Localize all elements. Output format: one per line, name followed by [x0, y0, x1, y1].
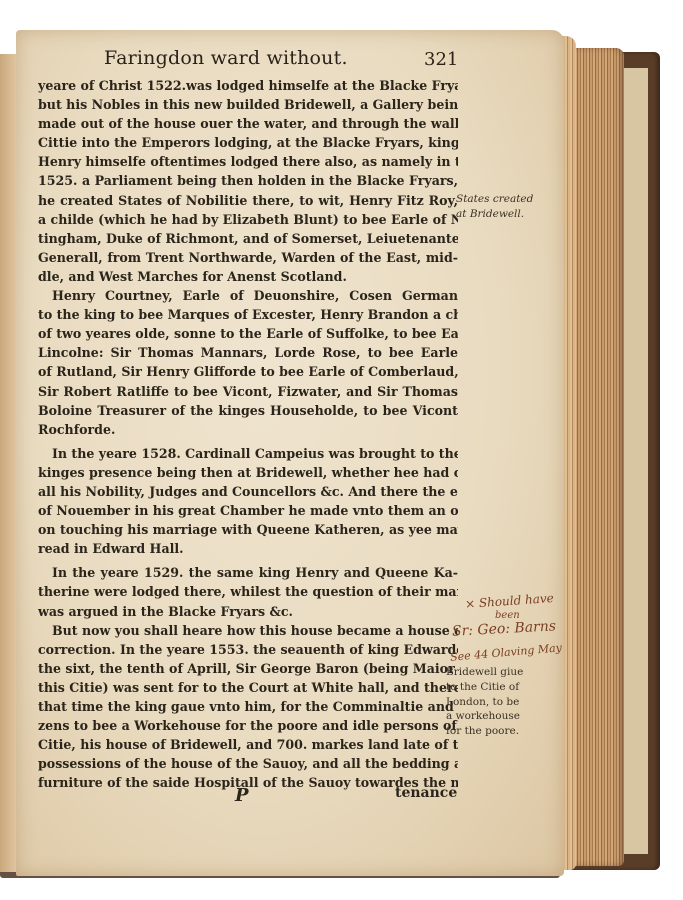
text-line: of two yeares olde, sonne to the Earle o…	[38, 324, 458, 343]
text-line: Citie, his house of Bridewell, and 700. …	[38, 735, 458, 754]
text-line: made out of the house ouer the water, an…	[38, 114, 458, 133]
marginal-note-bridewell: Bridewell giue to the Citie of London, t…	[446, 665, 523, 739]
page-number: 321	[424, 49, 458, 70]
text-line: to the king to bee Marques of Excester, …	[38, 305, 458, 324]
paragraph-start: Henry Courtney, Earle of Deuonshire, Cos…	[38, 286, 458, 305]
text-line: but his Nobles in this new builded Bride…	[38, 95, 458, 114]
body-text: yeare of Christ 1522.was lodged himselfe…	[38, 76, 458, 792]
book-fore-edge	[572, 48, 624, 866]
text-line: Sir Robert Ratliffe to bee Vicont, Fizwa…	[38, 382, 458, 401]
text-line: of Rutland, Sir Henry Glifforde to bee E…	[38, 362, 458, 381]
text-line: Rochforde.	[38, 420, 458, 439]
marginal-note-line: Bridewell giue	[446, 665, 523, 680]
text-line: possessions of the house of the Sauoy, a…	[38, 754, 458, 773]
text-line: he created States of Nobilitie there, to…	[38, 191, 458, 210]
marginal-note-line: States created	[456, 192, 533, 207]
text-line: was argued in the Blacke Fryars &c.	[38, 602, 458, 621]
text-line: that time the king gaue vnto him, for th…	[38, 697, 458, 716]
text-line: of Nouember in his great Chamber he made…	[38, 501, 458, 520]
text-line: 1525. a Parliament being then holden in …	[38, 171, 458, 190]
marginal-note-line: to the Citie of	[446, 680, 523, 695]
text-line: Lincolne: Sir Thomas Mannars, Lorde Rose…	[38, 343, 458, 362]
text-line: kinges presence being then at Bridewell,…	[38, 463, 458, 482]
text-line: Generall, from Trent Northwarde, Warden …	[38, 248, 458, 267]
text-line: Cittie into the Emperors lodging, at the…	[38, 133, 458, 152]
marginal-note-states-created: States created at Bridewell.	[456, 192, 533, 222]
paragraph-start: But now you shall heare how this house b…	[38, 621, 458, 640]
running-head-title: Faringdon ward without.	[104, 47, 348, 69]
marginal-note-line: for the poore.	[446, 724, 523, 739]
text-line: tingham, Duke of Richmont, and of Somers…	[38, 229, 458, 248]
text-line: on touching his marriage with Queene Kat…	[38, 520, 458, 539]
text-line: a childe (which he had by Elizabeth Blun…	[38, 210, 458, 229]
text-line: read in Edward Hall.	[38, 539, 458, 558]
text-line: the sixt, the tenth of Aprill, Sir Georg…	[38, 659, 458, 678]
text-line: all his Nobility, Judges and Councellors…	[38, 482, 458, 501]
text-line: Boloine Treasurer of the kinges Househol…	[38, 401, 458, 420]
marginal-note-line: a workehouse	[446, 709, 523, 724]
paragraph-start: In the yeare 1529. the same king Henry a…	[38, 563, 458, 582]
paragraph-start: In the yeare 1528. Cardinall Campeius wa…	[38, 444, 458, 463]
running-header: Faringdon ward without. 321	[104, 47, 504, 71]
catchword: tenance	[395, 785, 457, 801]
marginal-note-line: London, to be	[446, 695, 523, 710]
marginal-note-line: at Bridewell.	[456, 207, 533, 222]
text-line: therine were lodged there, whilest the q…	[38, 582, 458, 601]
text-line: this Citie) was sent for to the Court at…	[38, 678, 458, 697]
text-line: correction. In the yeare 1553. the seaue…	[38, 640, 458, 659]
signature-mark: P	[235, 785, 249, 806]
text-line: zens to bee a Workehouse for the poore a…	[38, 716, 458, 735]
text-line: Henry himselfe oftentimes lodged there a…	[38, 152, 458, 171]
text-line: yeare of Christ 1522.was lodged himselfe…	[38, 76, 458, 95]
text-line: dle, and West Marches for Anenst Scotlan…	[38, 267, 458, 286]
